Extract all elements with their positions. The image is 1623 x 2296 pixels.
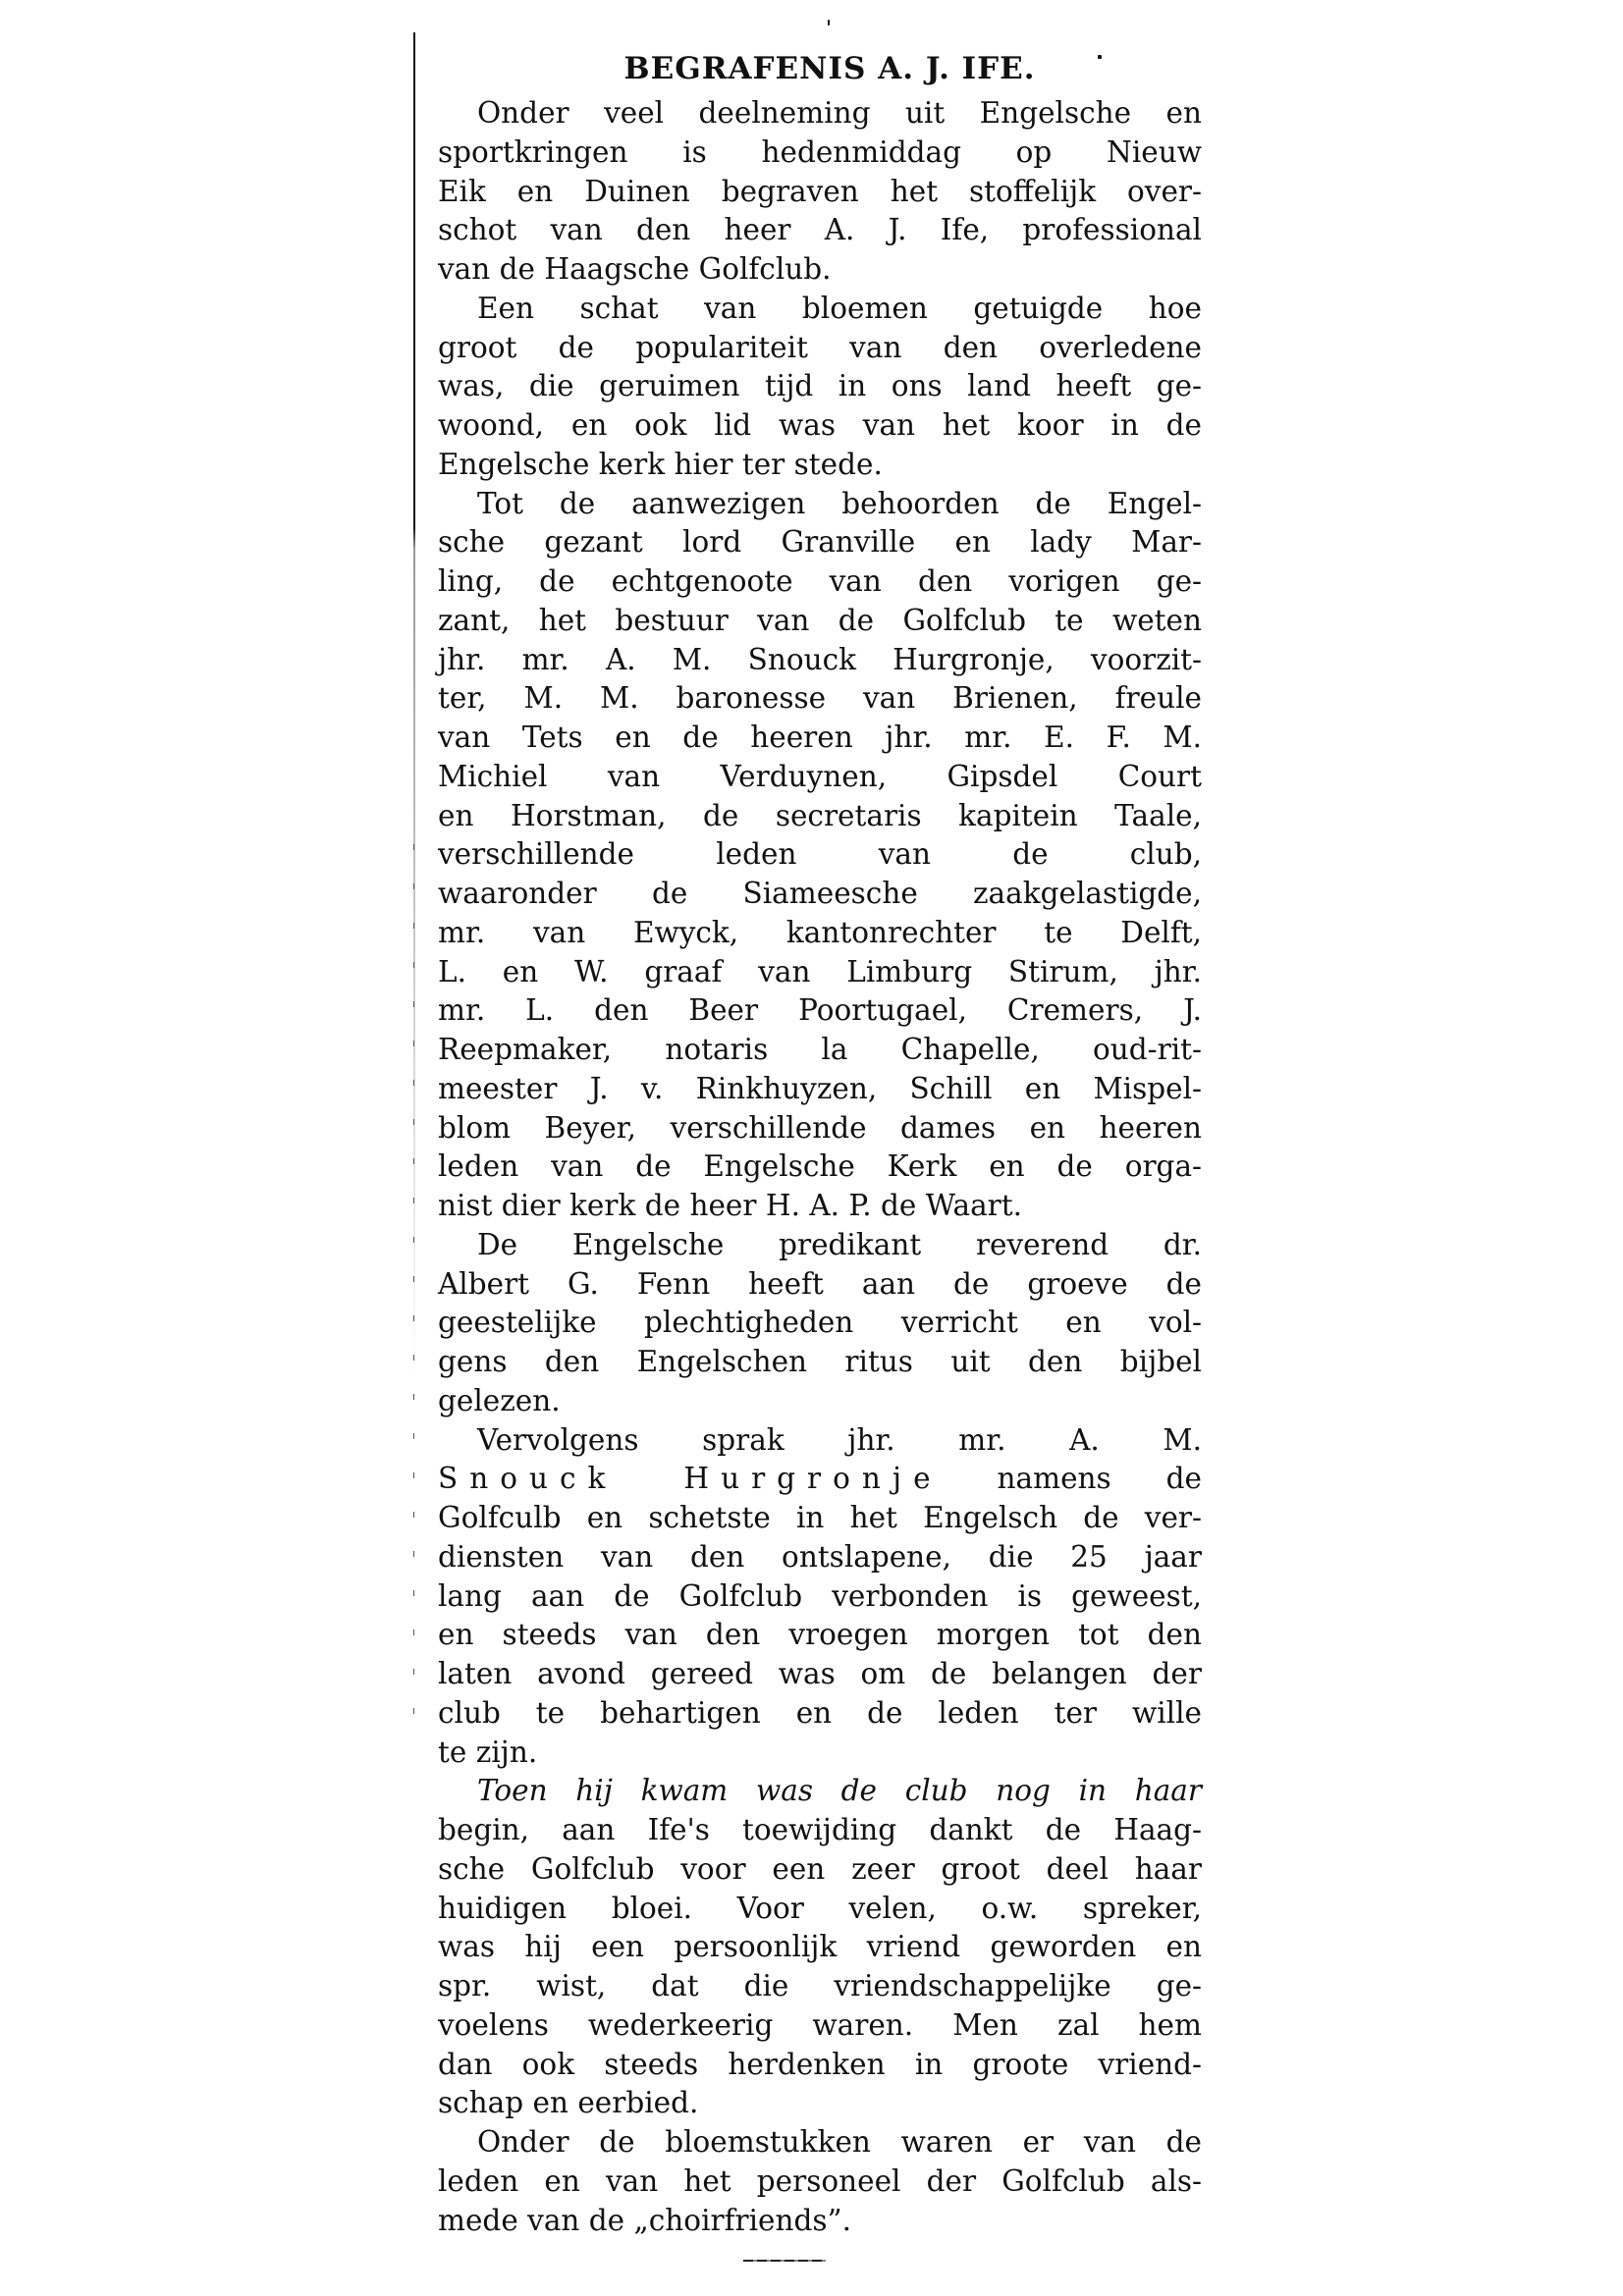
text-line: diensten van den ontslapene, die 25 jaar xyxy=(438,1538,1202,1577)
text-line: Toen hij kwam was de club nog in haar xyxy=(438,1772,1202,1811)
text-line: voelens wederkeerig waren. Men zal hem xyxy=(438,2006,1202,2046)
text-line: L. en W. graaf van Limburg Stirum, jhr. xyxy=(438,953,1202,992)
text-line: De Engelsche predikant reverend dr. xyxy=(438,1226,1202,1265)
text-line: leden en van het personeel der Golfclub … xyxy=(438,2163,1202,2202)
text-line: Een schat van bloemen getuigde hoe xyxy=(438,290,1202,329)
text-line: groot de populariteit van den overledene xyxy=(438,329,1202,368)
text-line: Onder de bloemstukken waren er van de xyxy=(438,2123,1202,2163)
text-line: Albert G. Fenn heeft aan de groeve de xyxy=(438,1265,1202,1305)
text-line: blom Beyer, verschillende dames en heere… xyxy=(438,1109,1202,1148)
text-line: nist dier kerk de heer H. A. P. de Waart… xyxy=(438,1187,1202,1226)
text-line: Tot de aanwezigen behoorden de Engel- xyxy=(438,485,1202,524)
text-line: Snouck Hurgronje namens de xyxy=(438,1460,1202,1499)
newspaper-article: BEGRAFENIS A. J. IFE. Onder veel deelnem… xyxy=(438,49,1202,2240)
text-line: ling, de echtgenoote van den vorigen ge- xyxy=(438,562,1202,602)
text-line: Golfculb en schetste in het Engelsch de … xyxy=(438,1499,1202,1538)
article-end-rule xyxy=(743,2260,826,2262)
text-line: huidigen bloei. Voor velen, o.w. spreker… xyxy=(438,1890,1202,1929)
text-line: en Horstman, de secretaris kapitein Taal… xyxy=(438,797,1202,836)
text-line: meester J. v. Rinkhuyzen, Schill en Misp… xyxy=(438,1070,1202,1109)
text-line: begin, aan Ife's toewijding dankt de Haa… xyxy=(438,1811,1202,1850)
paragraph: De Engelsche predikant reverend dr.Alber… xyxy=(438,1226,1202,1421)
text-line: jhr. mr. A. M. Snouck Hurgronje, voorzit… xyxy=(438,641,1202,680)
text-line: mede van de „choirfriends”. xyxy=(438,2202,1202,2241)
text-line: Vervolgens sprak jhr. mr. A. M. xyxy=(438,1421,1202,1461)
text-line: gelezen. xyxy=(438,1382,1202,1421)
text-line: gens den Engelschen ritus uit den bijbel xyxy=(438,1343,1202,1382)
text-line: verschillende leden van de club, xyxy=(438,835,1202,875)
text-line: laten avond gereed was om de belangen de… xyxy=(438,1655,1202,1694)
paragraph: Onder de bloemstukken waren er van deled… xyxy=(438,2123,1202,2240)
text-line: Engelsche kerk hier ter stede. xyxy=(438,446,1202,485)
text-line: mr. L. den Beer Poortugael, Cremers, J. xyxy=(438,991,1202,1031)
text-line: mr. van Ewyck, kantonrechter te Delft, xyxy=(438,914,1202,953)
print-speck xyxy=(828,20,830,26)
text-line: sche gezant lord Granville en lady Mar- xyxy=(438,523,1202,562)
paragraph: Een schat van bloemen getuigde hoegroot … xyxy=(438,290,1202,485)
text-line: leden van de Engelsche Kerk en de orga- xyxy=(438,1148,1202,1187)
article-title: BEGRAFENIS A. J. IFE. xyxy=(438,49,1202,94)
text-line: geestelijke plechtigheden verricht en vo… xyxy=(438,1304,1202,1343)
paragraph: Onder veel deelneming uit Engelsche ensp… xyxy=(438,94,1202,290)
text-line: van Tets en de heeren jhr. mr. E. F. M. xyxy=(438,719,1202,758)
text-line: schot van den heer A. J. Ife, profession… xyxy=(438,211,1202,250)
column-rule-left-faded xyxy=(413,844,414,1728)
text-line: schap en eerbied. xyxy=(438,2084,1202,2123)
text-line: Eik en Duinen begraven het stoffelijk ov… xyxy=(438,173,1202,212)
text-line: was hij een persoonlijk vriend geworden … xyxy=(438,1928,1202,1967)
paragraph: Vervolgens sprak jhr. mr. A. M.Snouck Hu… xyxy=(438,1421,1202,1773)
text-line: Onder veel deelneming uit Engelsche en xyxy=(438,94,1202,133)
text-line: zant, het bestuur van de Golfclub te wet… xyxy=(438,602,1202,641)
text-line: te zijn. xyxy=(438,1734,1202,1773)
text-line: en steeds van den vroegen morgen tot den xyxy=(438,1616,1202,1655)
text-line: Michiel van Verduynen, Gipsdel Court xyxy=(438,758,1202,797)
text-line: club te behartigen en de leden ter wille xyxy=(438,1694,1202,1734)
text-line: Reepmaker, notaris la Chapelle, oud-rit- xyxy=(438,1031,1202,1070)
text-line: sche Golfclub voor een zeer groot deel h… xyxy=(438,1850,1202,1890)
article-body: Onder veel deelneming uit Engelsche ensp… xyxy=(438,94,1202,2240)
text-line: sportkringen is hedenmiddag op Nieuw xyxy=(438,133,1202,173)
text-line: ter, M. M. baronesse van Brienen, freule xyxy=(438,679,1202,719)
text-line: van de Haagsche Golfclub. xyxy=(438,250,1202,290)
text-line: lang aan de Golfclub verbonden is gewees… xyxy=(438,1577,1202,1617)
text-line: waaronder de Siameesche zaakgelastigde, xyxy=(438,875,1202,914)
text-line: dan ook steeds herdenken in groote vrien… xyxy=(438,2046,1202,2085)
paragraph: Toen hij kwam was de club nog in haarbeg… xyxy=(438,1772,1202,2123)
text-line: was, die geruimen tijd in ons land heeft… xyxy=(438,367,1202,406)
paragraph: Tot de aanwezigen behoorden de Engel-sch… xyxy=(438,485,1202,1226)
text-line: spr. wist, dat die vriendschappelijke ge… xyxy=(438,1967,1202,2006)
text-line: woond, en ook lid was van het koor in de xyxy=(438,406,1202,446)
